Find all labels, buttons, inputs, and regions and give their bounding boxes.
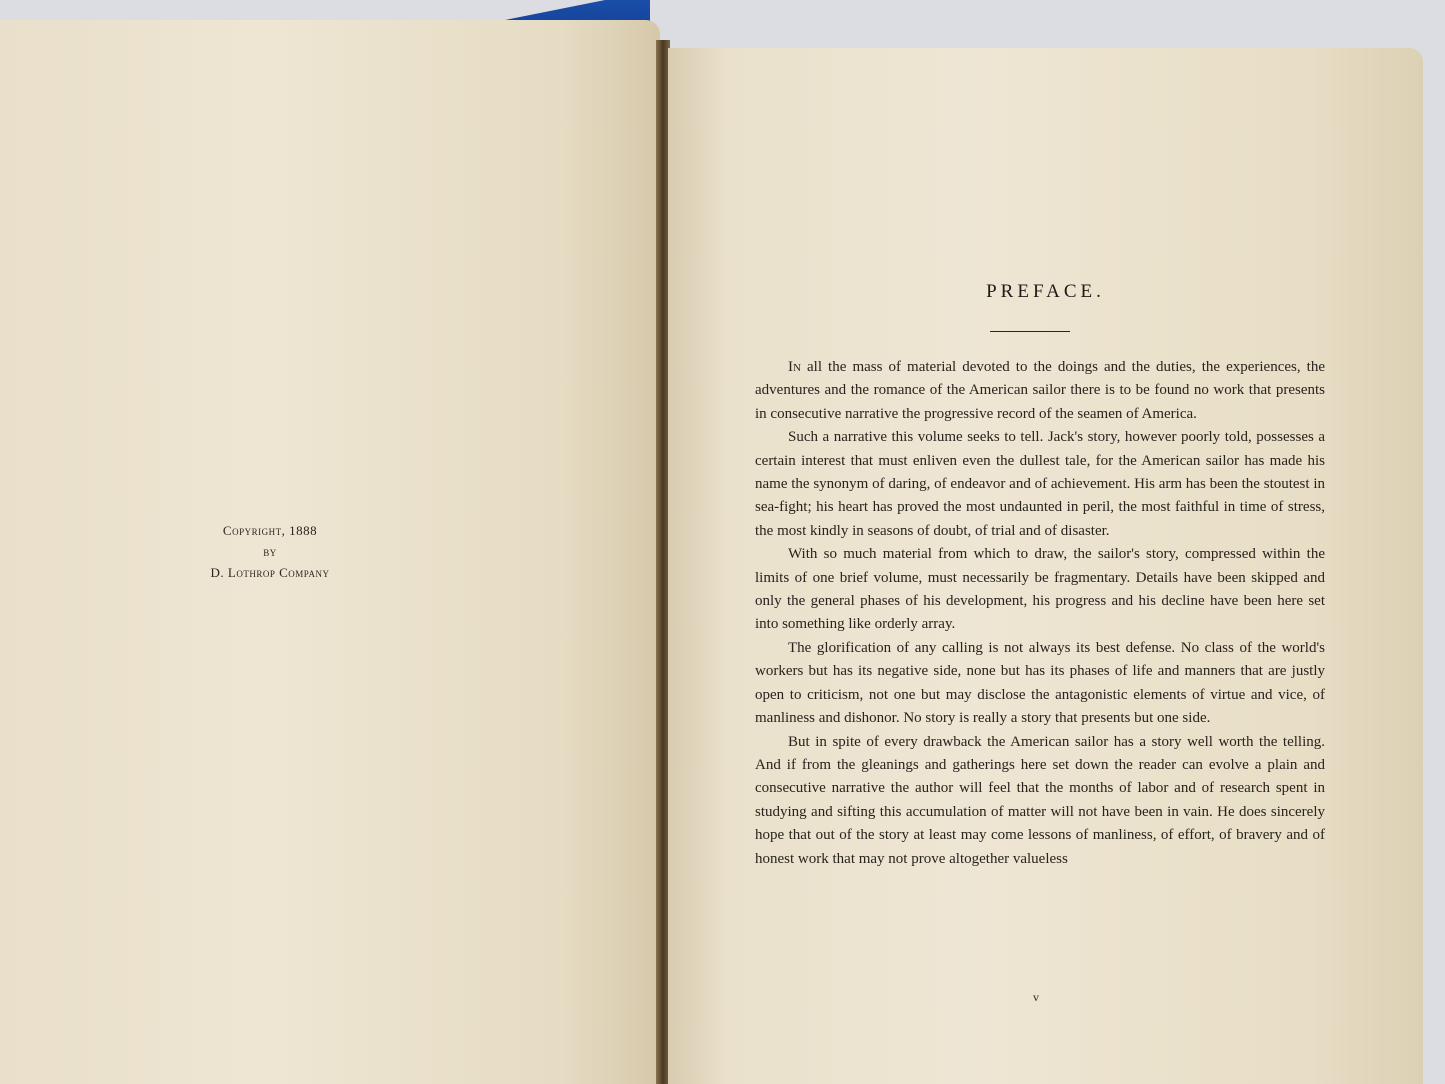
paragraph: The glorification of any calling is not … [755,637,1325,731]
drop-lead: In [788,359,801,375]
copyright-notice: Copyright, 1888 by D. Lothrop Company [170,520,370,583]
copyright-line: Copyright, 1888 [170,520,370,541]
publisher-line: D. Lothrop Company [170,562,370,583]
paragraph: In all the mass of material devoted to t… [755,356,1325,426]
paragraph: Such a narrative this volume seeks to te… [755,426,1325,543]
by-line: by [170,541,370,562]
page-number: v [1033,990,1039,1005]
preface-body: In all the mass of material devoted to t… [755,356,1325,871]
page-title: PREFACE. [668,281,1423,303]
paragraph: But in spite of every drawback the Ameri… [755,731,1325,871]
title-divider [990,331,1070,332]
paragraph: With so much material from which to draw… [755,543,1325,637]
